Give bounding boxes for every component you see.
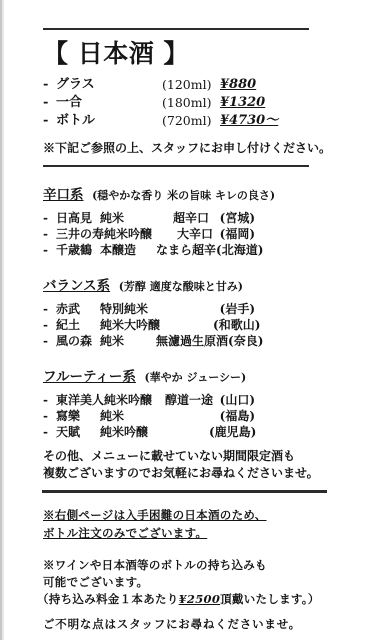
- question-note: ご不明な点はスタッフにお尋ねくださいませ。: [43, 616, 343, 632]
- sake-name: 寫樂: [56, 408, 80, 424]
- sake-note: 醇道一途: [160, 392, 213, 408]
- sake-name: 日高見: [56, 210, 92, 226]
- page-edge: [0, 0, 5, 640]
- sake-list: -赤武 特別純米 (岩手) -紀土 純米大吟醸 (和歌山) -風の森 純米 無濾…: [43, 301, 343, 349]
- sake-type: 純米: [100, 408, 156, 424]
- sake-type: 純米: [100, 333, 156, 349]
- sake-origin: (福島): [209, 408, 255, 424]
- sake-item-row: -風の森 純米 無濾過生原酒 (奈良): [43, 333, 255, 349]
- sake-origin: (山口): [213, 392, 255, 408]
- serving-row: -ボトル (720ml) ¥4730～: [43, 112, 283, 130]
- category-name: フルーティー系: [43, 369, 136, 385]
- byob-fee-line: （持ち込み料金１本あたり¥2500頂戴いたします。）: [37, 591, 343, 608]
- serving-price: ¥4730～: [220, 112, 278, 130]
- sake-note: [156, 301, 209, 317]
- dash: -: [43, 408, 56, 424]
- dash: -: [43, 226, 56, 242]
- serving-name: グラス: [56, 76, 95, 94]
- sake-origin: (和歌山): [213, 317, 260, 333]
- limited-edition-note-line1: その他、メニューに載せていない期間限定酒も: [43, 448, 343, 465]
- middle-divider: [43, 165, 309, 167]
- sake-note: 超辛口: [156, 210, 209, 226]
- dash: -: [43, 210, 56, 226]
- dash: -: [43, 94, 56, 112]
- sake-note: なまら超辛: [156, 242, 216, 258]
- top-divider: [43, 28, 309, 30]
- sake-name: 風の森: [56, 333, 92, 349]
- sake-name: 天賦: [56, 424, 80, 440]
- serving-row: -グラス (120ml) ¥880: [43, 76, 283, 94]
- serving-volume: (720ml): [162, 112, 220, 130]
- sake-item-row: -寫樂 純米 (福島): [43, 408, 255, 424]
- right-page-note: ※右側ページは入手困難の日本酒のため、 ボトル注文のみでございます。: [43, 506, 343, 542]
- sake-type: 特別純米: [100, 301, 156, 317]
- serving-name: 一合: [56, 94, 82, 112]
- sake-type: 純米: [100, 210, 156, 226]
- category-dry: 辛口系 (穏やかな香り 米の旨味 キレの良さ) -日高見 純米 超辛口 (宮城)…: [43, 184, 343, 258]
- dash: -: [43, 242, 56, 258]
- sake-type: 純米吟醸: [104, 392, 160, 408]
- sake-name: 東洋美人: [56, 392, 104, 408]
- limited-edition-note: その他、メニューに載せていない期間限定酒も 複数ございますのでお気軽にお尋ねくだ…: [43, 448, 343, 482]
- dash: -: [43, 392, 56, 408]
- sake-type: 純米大吟醸: [100, 317, 160, 333]
- menu-page: 【 日本酒 】 -グラス (120ml) ¥880 -一合 (180ml) ¥1…: [0, 0, 375, 640]
- byob-note: ※ワインや日本酒等のボトルの持ち込みも 可能でございます。 （持ち込み料金１本あ…: [43, 557, 343, 608]
- right-page-note-line1: ※右側ページは入手困難の日本酒のため、: [43, 506, 343, 524]
- sake-origin: (宮城): [209, 210, 255, 226]
- page-title: 【 日本酒 】: [43, 39, 343, 69]
- sake-type: 純米吟醸: [104, 226, 160, 242]
- sake-origin: (鹿児島): [209, 424, 256, 440]
- category-fruity: フルーティー系 (華やか ジューシー) -東洋美人 純米吟醸 醇道一途 (山口)…: [43, 366, 343, 440]
- serving-options: -グラス (120ml) ¥880 -一合 (180ml) ¥1320 -ボトル…: [43, 76, 283, 130]
- byob-note-line2: 可能でございます。: [43, 574, 343, 591]
- serving-volume: (120ml): [162, 76, 220, 94]
- serving-row: -一合 (180ml) ¥1320: [43, 94, 283, 112]
- byob-note-line1: ※ワインや日本酒等のボトルの持ち込みも: [43, 557, 343, 574]
- sake-item-row: -紀土 純米大吟醸 (和歌山): [43, 317, 255, 333]
- serving-note: ※下記ご参照の上、スタッフにお申し付けください。: [43, 140, 343, 156]
- byob-fee-prefix: （持ち込み料金１本あたり: [37, 592, 179, 606]
- sake-name: 赤武: [56, 301, 80, 317]
- dash: -: [43, 112, 56, 130]
- dash: -: [43, 424, 56, 440]
- sake-list: -日高見 純米 超辛口 (宮城) -三井の寿 純米吟醸 大辛口 (福岡) -千歳…: [43, 210, 343, 258]
- sake-name: 紀土: [56, 317, 80, 333]
- sake-item-row: -赤武 特別純米 (岩手): [43, 301, 255, 317]
- sake-item-row: -天賦 純米吟醸 (鹿児島): [43, 424, 255, 440]
- category-name: バランス系: [43, 278, 110, 294]
- sake-list: -東洋美人 純米吟醸 醇道一途 (山口) -寫樂 純米 (福島) -天賦 純米吟…: [43, 392, 343, 440]
- sake-note: 無濾過生原酒: [156, 333, 228, 349]
- sake-note: 大辛口: [160, 226, 213, 242]
- sake-origin: (福岡): [213, 226, 255, 242]
- sake-item-row: -千歳鶴 本醸造 なまら超辛 (北海道): [43, 242, 255, 258]
- sake-origin: (岩手): [209, 301, 255, 317]
- serving-price: ¥880: [220, 76, 256, 94]
- menu-content: 【 日本酒 】 -グラス (120ml) ¥880 -一合 (180ml) ¥1…: [43, 0, 343, 632]
- sake-origin: (北海道): [216, 242, 263, 258]
- sake-type: 純米吟醸: [100, 424, 156, 440]
- sake-origin: (奈良): [228, 333, 263, 349]
- sake-note: [156, 408, 209, 424]
- sake-note: [156, 424, 209, 440]
- dash: -: [43, 301, 56, 317]
- sake-item-row: -三井の寿 純米吟醸 大辛口 (福岡): [43, 226, 255, 242]
- limited-edition-note-line2: 複数ございますのでお気軽にお尋ねくださいませ。: [43, 465, 343, 482]
- dash: -: [43, 333, 56, 349]
- category-header: バランス系 (芳醇 適度な酸味と甘み): [43, 275, 343, 296]
- sake-name: 千歳鶴: [56, 242, 92, 258]
- sake-type: 本醸造: [100, 242, 156, 258]
- category-header: フルーティー系 (華やか ジューシー): [43, 366, 343, 387]
- dash: -: [43, 317, 56, 333]
- right-page-note-line2: ボトル注文のみでございます。: [43, 524, 343, 542]
- category-description: (芳醇 適度な酸味と甘み): [119, 280, 243, 293]
- category-description: (穏やかな香り 米の旨味 キレの良さ): [92, 189, 275, 202]
- byob-fee-price: ¥2500: [179, 592, 221, 606]
- category-name: 辛口系: [43, 187, 84, 203]
- category-description: (華やか ジューシー): [144, 371, 246, 384]
- serving-name: ボトル: [56, 112, 95, 130]
- sake-note: [160, 317, 213, 333]
- bottom-divider: [42, 490, 327, 493]
- serving-price: ¥1320: [220, 94, 265, 112]
- serving-volume: (180ml): [162, 94, 220, 112]
- sake-name: 三井の寿: [56, 226, 104, 242]
- dash: -: [43, 76, 56, 94]
- byob-fee-suffix: 頂戴いたします。）: [220, 592, 320, 606]
- sake-item-row: -日高見 純米 超辛口 (宮城): [43, 210, 255, 226]
- category-balance: バランス系 (芳醇 適度な酸味と甘み) -赤武 特別純米 (岩手) -紀土 純米…: [43, 275, 343, 349]
- sake-item-row: -東洋美人 純米吟醸 醇道一途 (山口): [43, 392, 255, 408]
- category-header: 辛口系 (穏やかな香り 米の旨味 キレの良さ): [43, 184, 343, 205]
